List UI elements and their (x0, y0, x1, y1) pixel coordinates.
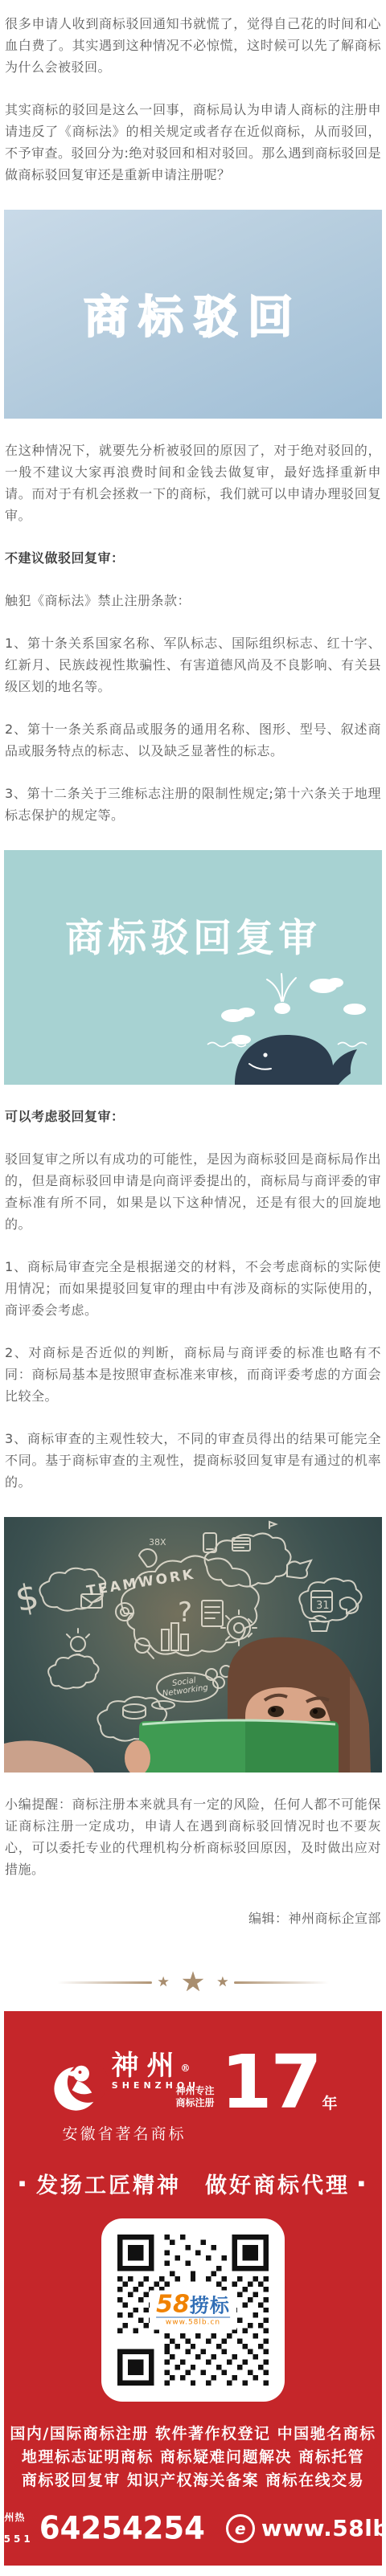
company-footer: 神州® SHENZHOU 安徽省著名商标 神州专注 商标注册 17 年 ▪ 发扬… (4, 2011, 382, 2566)
article-page: 很多申请人收到商标驳回通知书就慌了，觉得自己花的时间和心血白费了。其实遇到这种情… (0, 0, 386, 2576)
hotline-area-code: 0551 (0, 2534, 35, 2545)
years-number: 17 (220, 2051, 320, 2114)
banner1-title: 商标驳回 (84, 282, 302, 346)
hotline-block: 神州热线 0551 64254254 (0, 2512, 205, 2545)
article-body: 很多申请人收到商标驳回通知书就慌了，觉得自己花的时间和心血白费了。其实遇到这种情… (0, 0, 386, 1929)
clause-intro-paragraph: 触犯《商标法》禁止注册条款： (5, 590, 381, 611)
qr-logo-url: www.58lb.cn (156, 2317, 230, 2327)
registered-mark: ® (180, 2063, 198, 2074)
contact-row: 神州热线 0551 64254254 e www.58lb.cn (4, 2512, 382, 2545)
consider-item-2: 2、对商标是否近似的判断，商标局与商评委的标准也略有不同：商标局基本是按照审查标… (5, 1342, 381, 1407)
consider-item-1: 1、商标局审查完全是根据递交的材料，不会考虑商标的实际使用情况；而如果提驳回复审… (5, 1256, 381, 1321)
review-possibility-paragraph: 驳回复审之所以有成功的可能性，是因为商标驳回是商标局作出的，但是商标驳回申请是向… (5, 1148, 381, 1235)
thinking-woman-photo: $ 38X ? 31 (4, 1517, 382, 1773)
editor-credit: 编辑：神州商标企宣部 (5, 1907, 381, 1929)
svg-text:38X: 38X (149, 1537, 166, 1548)
clause-item-1: 1、第十条关系国家名称、军队标志、国际组织标志、红十字、红新月、民族歧视性欺骗性… (5, 632, 381, 697)
website-url: www.58lb.cn (261, 2515, 386, 2541)
brand-subtitle: 安徽省著名商标 (62, 2122, 186, 2144)
editor-reminder-paragraph: 小编提醒：商标注册本来就具有一定的风险，任何人都不可能保证商标注册一定成功，申请… (5, 1793, 381, 1880)
divider-line (57, 1981, 152, 1984)
services-list: 国内/国际商标注册 软件著作权登记 中国驰名商标 地理标志证明商标 商标疑难问题… (4, 2423, 382, 2492)
rejection-review-banner-image: 商标驳回复审 (4, 850, 382, 1085)
intro-paragraph: 很多申请人收到商标驳回通知书就慌了，觉得自己花的时间和心血白费了。其实遇到这种情… (5, 13, 381, 78)
heading-not-recommended: 不建议做驳回复审： (5, 547, 381, 569)
whale-illustration (204, 964, 377, 1085)
website-block: e www.58lb.cn (226, 2514, 386, 2543)
star-icon: ★ (216, 1974, 228, 1990)
heading-consider-review: 可以考虑驳回复审： (5, 1106, 381, 1127)
qr-center-logo: 58 捞标 www.58lb.cn (151, 2292, 235, 2329)
bullet-icon: ▪ (18, 2178, 28, 2189)
svg-text:$: $ (12, 1576, 43, 1621)
svg-text:31: 31 (316, 1600, 330, 1612)
bullet-icon: ▪ (358, 2178, 368, 2189)
company-slogan: ▪ 发扬工匠精神 做好商标代理 ▪ (4, 2168, 382, 2199)
qr-code-panel: 58 捞标 www.58lb.cn (101, 2218, 285, 2402)
star-divider: ★ ★ ★ (0, 1966, 386, 1998)
hotline-label: 神州热线 (0, 2512, 35, 2534)
years-unit: 年 (322, 2093, 338, 2114)
qr-logo-laobiao: 捞标 (190, 2296, 230, 2316)
services-line-3: 商标驳回复审 知识产权海关备案 商标在线交易 (4, 2469, 382, 2492)
years-badge: 神州专注 商标注册 17 年 (220, 2051, 337, 2114)
clause-item-3: 3、第十二条关于三维标志注册的限制性规定;第十六条关于地理标志保护的规定等。 (5, 783, 381, 826)
e-circle-icon: e (226, 2514, 255, 2543)
analysis-paragraph: 在这种情况下，就要先分析被驳回的原因了，对于绝对驳回的，一般不建议大家再浪费时间… (5, 440, 381, 526)
services-line-1: 国内/国际商标注册 软件著作权登记 中国驰名商标 (4, 2423, 382, 2446)
qr-logo-58: 58 (156, 2295, 190, 2316)
brand-name-cn: 神州® (111, 2051, 199, 2080)
star-icon: ★ (158, 1974, 170, 1990)
shenzhou-bird-logo-icon (48, 2051, 108, 2116)
banner2-title: 商标驳回复审 (4, 907, 382, 963)
consider-item-3: 3、商标审查的主观性较大，不同的审查员得出的结果可能完全不同。基于商标审查的主观… (5, 1428, 381, 1493)
services-line-2: 地理标志证明商标 商标疑难问题解决 商标托管 (4, 2446, 382, 2469)
clause-item-2: 2、第十一条关系商品或服务的通用名称、图形、型号、叙述商品或服务特点的标志、以及… (5, 718, 381, 762)
star-icon: ★ (181, 1966, 205, 1998)
years-caption: 神州专注 商标注册 (175, 2085, 214, 2109)
phone-number: 64254254 (39, 2511, 205, 2545)
trademark-rejection-banner-image: 商标驳回 (4, 210, 382, 419)
brand-logo-block: 神州® SHENZHOU 安徽省著名商标 神州专注 商标注册 17 年 (4, 2051, 382, 2144)
divider-line (234, 1981, 329, 1984)
svg-text:?: ? (178, 1597, 192, 1629)
rejection-explain-paragraph: 其实商标的驳回是这么一回事，商标局认为申请人商标的注册申请违反了《商标法》的相关… (5, 99, 381, 186)
